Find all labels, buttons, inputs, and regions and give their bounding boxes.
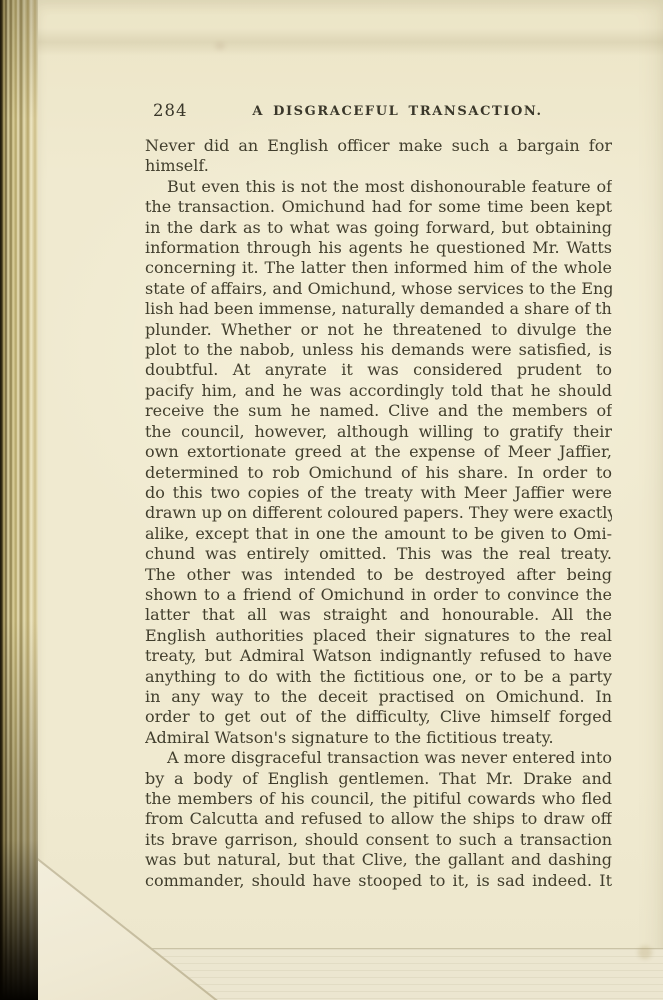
text-line: The other was intended to be destroyed a… bbox=[145, 565, 612, 585]
text-line: own extortionate greed at the expense of… bbox=[145, 442, 612, 462]
text-line: from Calcutta and refused to allow the s… bbox=[145, 809, 612, 829]
text-line: A more disgraceful transaction was never… bbox=[145, 748, 612, 768]
text-line: drawn up on different coloured papers. T… bbox=[145, 503, 612, 523]
text-line: Never did an English officer make such a… bbox=[145, 136, 612, 156]
top-shading-band bbox=[38, 28, 663, 56]
text-line: shown to a friend of Omichund in order t… bbox=[145, 585, 612, 605]
text-line: concerning it. The latter then informed … bbox=[145, 258, 612, 278]
text-line: by a body of English gentlemen. That Mr.… bbox=[145, 769, 612, 789]
text-line: Admiral Watson's signature to the fictit… bbox=[145, 728, 612, 748]
text-line: state of affairs, and Omichund, whose se… bbox=[145, 279, 612, 299]
text-line: chund was entirely omitted. This was the… bbox=[145, 544, 612, 564]
text-line: himself. bbox=[145, 156, 612, 176]
text-line: plunder. Whether or not he threatened to… bbox=[145, 320, 612, 340]
text-line: pacify him, and he was accordingly told … bbox=[145, 381, 612, 401]
page-header: 284 A DISGRACEFUL TRANSACTION. bbox=[145, 101, 612, 123]
text-line: commander, should have stooped to it, is… bbox=[145, 871, 612, 891]
text-line: order to get out of the difficulty, Cliv… bbox=[145, 707, 612, 727]
text-line: plot to the nabob, unless his demands we… bbox=[145, 340, 612, 360]
text-line: alike, except that in one the amount to … bbox=[145, 524, 612, 544]
paper-stain bbox=[638, 946, 652, 959]
text-line: English authorities placed their signatu… bbox=[145, 626, 612, 646]
text-line: the council, however, although willing t… bbox=[145, 422, 612, 442]
text-line: was but natural, but that Clive, the gal… bbox=[145, 850, 612, 870]
paragraph: But even this is not the most dishonoura… bbox=[145, 177, 612, 748]
text-line: in the dark as to what was going forward… bbox=[145, 218, 612, 238]
paragraph: Never did an English officer make such a… bbox=[145, 136, 612, 177]
text-line: its brave garrison, should consent to su… bbox=[145, 830, 612, 850]
text-line: latter that all was straight and honoura… bbox=[145, 605, 612, 625]
text-line: anything to do with the fictitious one, … bbox=[145, 667, 612, 687]
text-line: the members of his council, the pitiful … bbox=[145, 789, 612, 809]
text-line: the transaction. Omichund had for some t… bbox=[145, 197, 612, 217]
text-line: do this two copies of the treaty with Me… bbox=[145, 483, 612, 503]
text-line: lish had been immense, naturally demande… bbox=[145, 299, 612, 319]
paper-stain bbox=[215, 42, 225, 50]
text-line: treaty, but Admiral Watson indignantly r… bbox=[145, 646, 612, 666]
text-line: receive the sum he named. Clive and the … bbox=[145, 401, 612, 421]
book-page: 284 A DISGRACEFUL TRANSACTION. Never did… bbox=[0, 0, 663, 1000]
page-body: Never did an English officer make such a… bbox=[145, 136, 612, 891]
text-line: information through his agents he questi… bbox=[145, 238, 612, 258]
text-line: doubtful. At anyrate it was considered p… bbox=[145, 360, 612, 380]
running-title: A DISGRACEFUL TRANSACTION. bbox=[145, 104, 612, 119]
spine-shading bbox=[0, 0, 38, 1000]
paragraph: A more disgraceful transaction was never… bbox=[145, 748, 612, 891]
text-line: determined to rob Omichund of his share.… bbox=[145, 463, 612, 483]
text-line: in any way to the deceit practised on Om… bbox=[145, 687, 612, 707]
text-line: But even this is not the most dishonoura… bbox=[145, 177, 612, 197]
